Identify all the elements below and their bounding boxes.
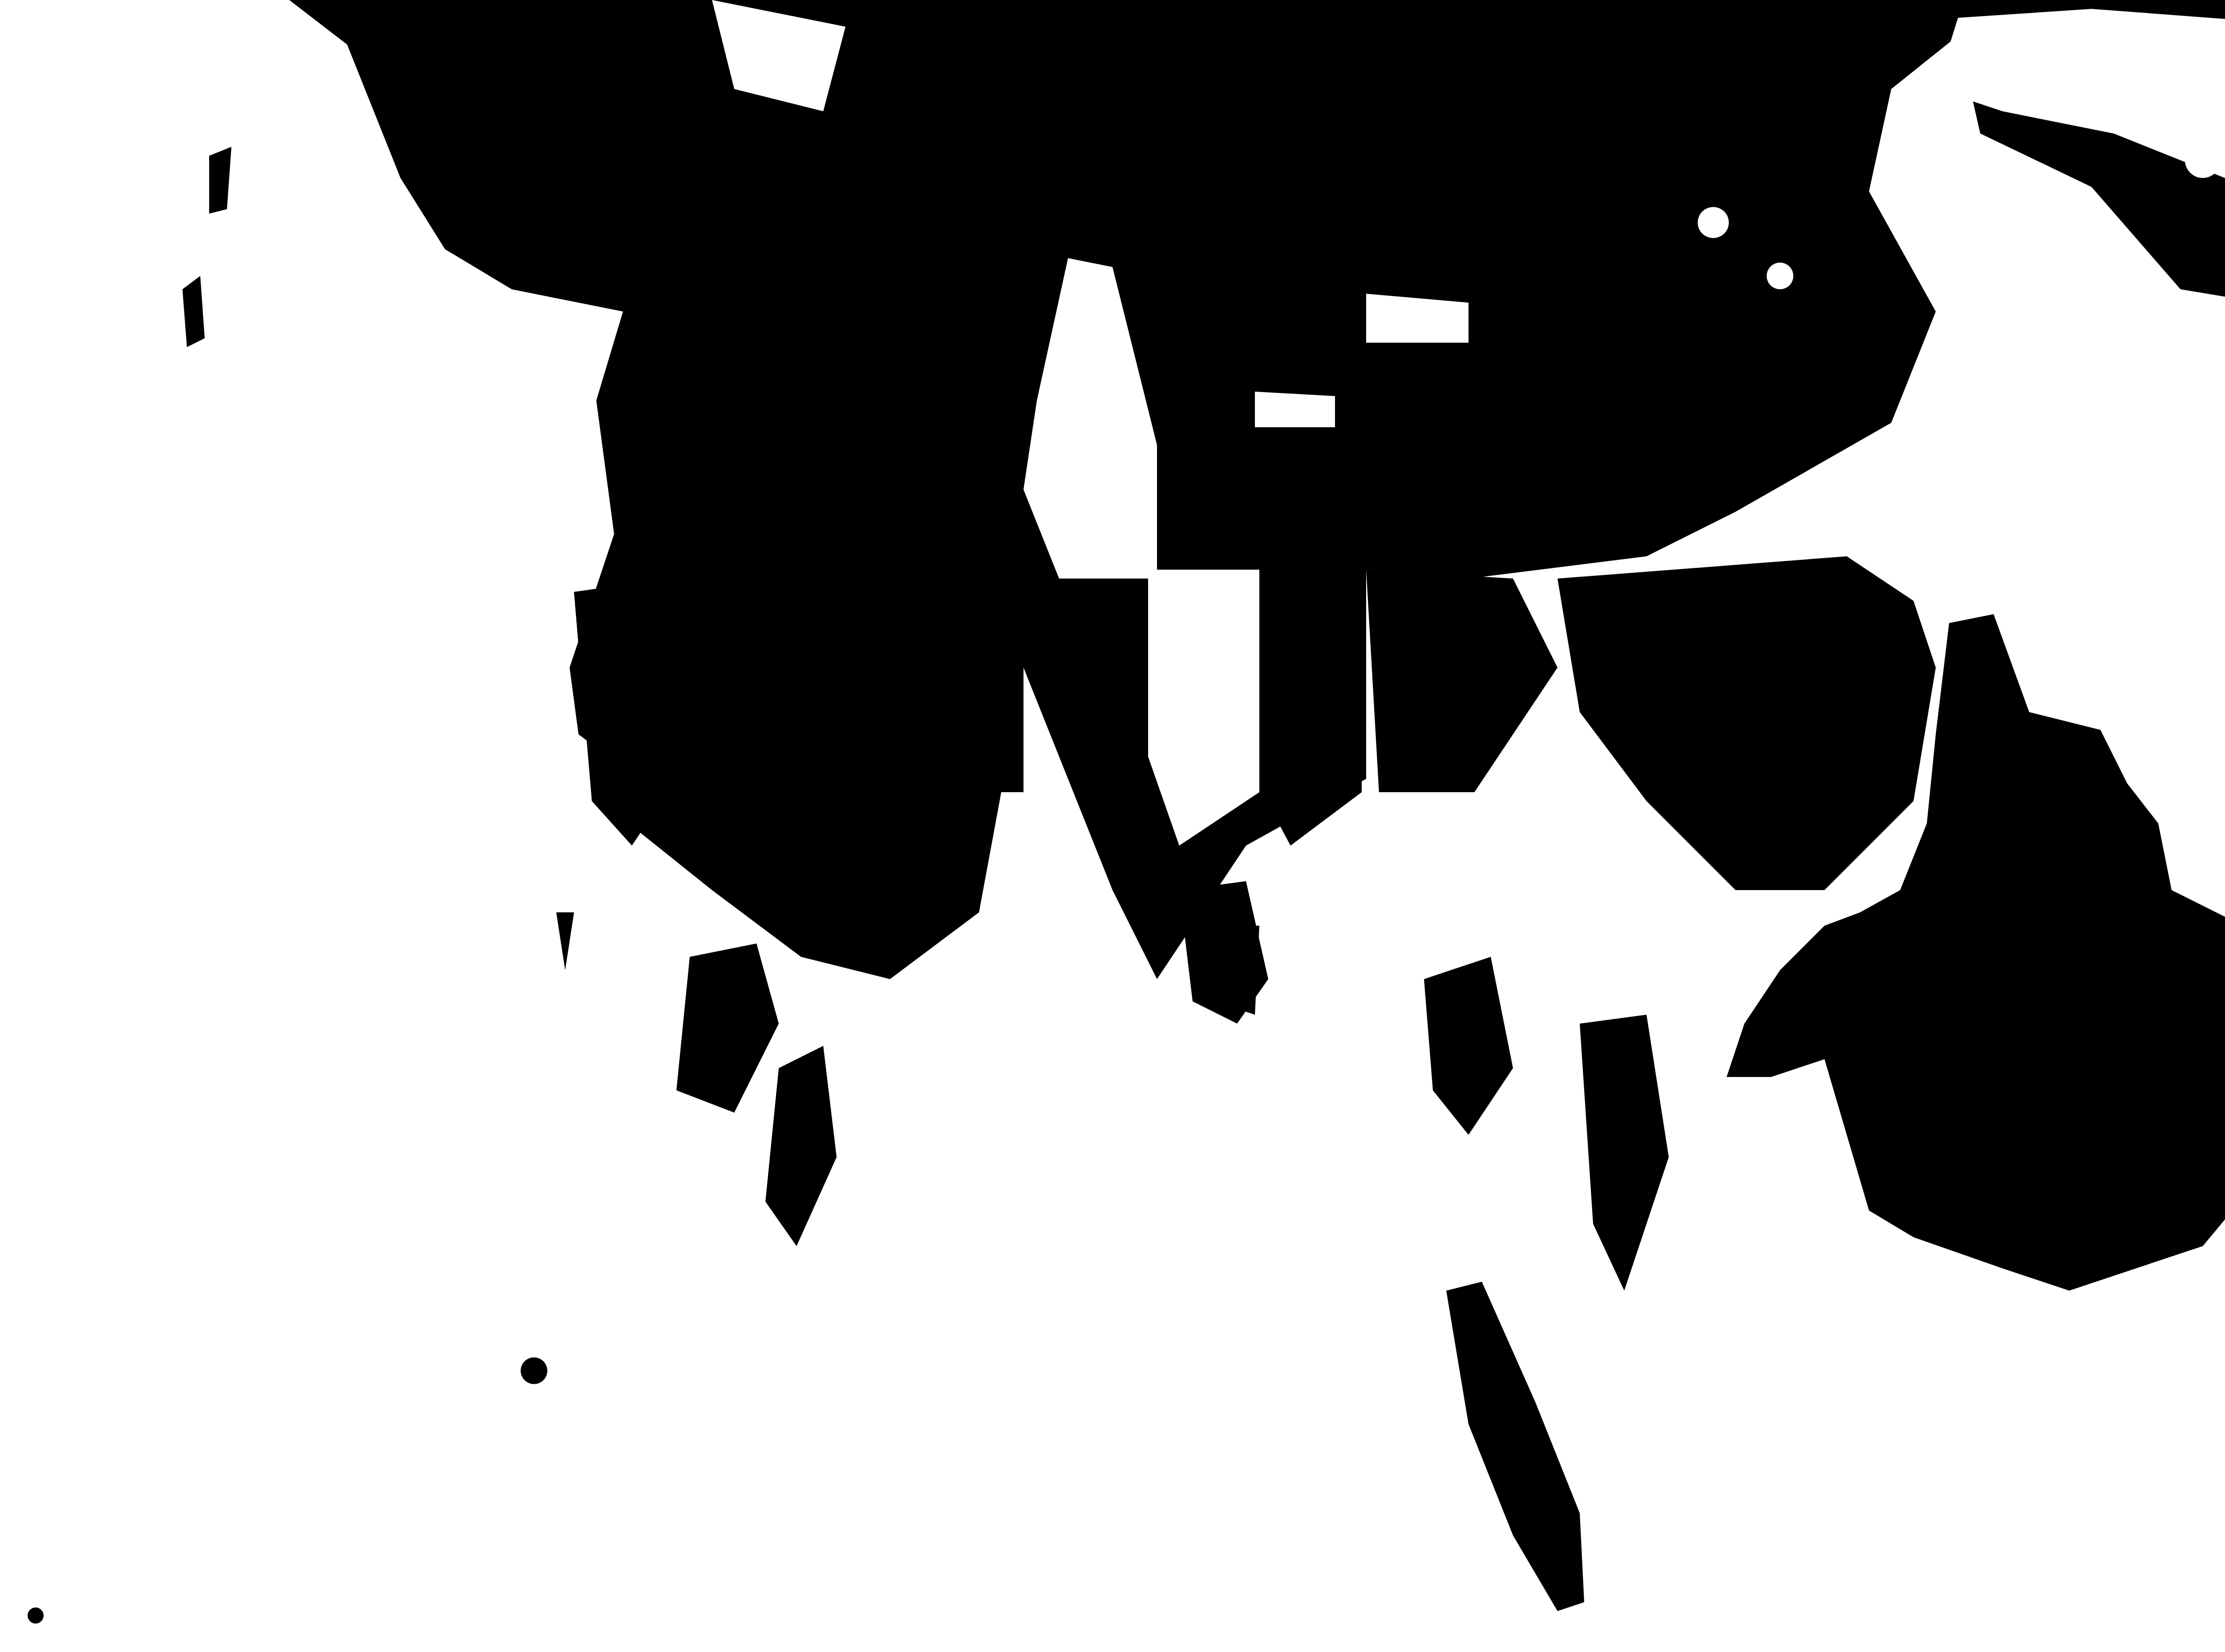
- binarized-satellite-image: [0, 0, 2225, 1652]
- image-canvas: [0, 0, 2225, 1652]
